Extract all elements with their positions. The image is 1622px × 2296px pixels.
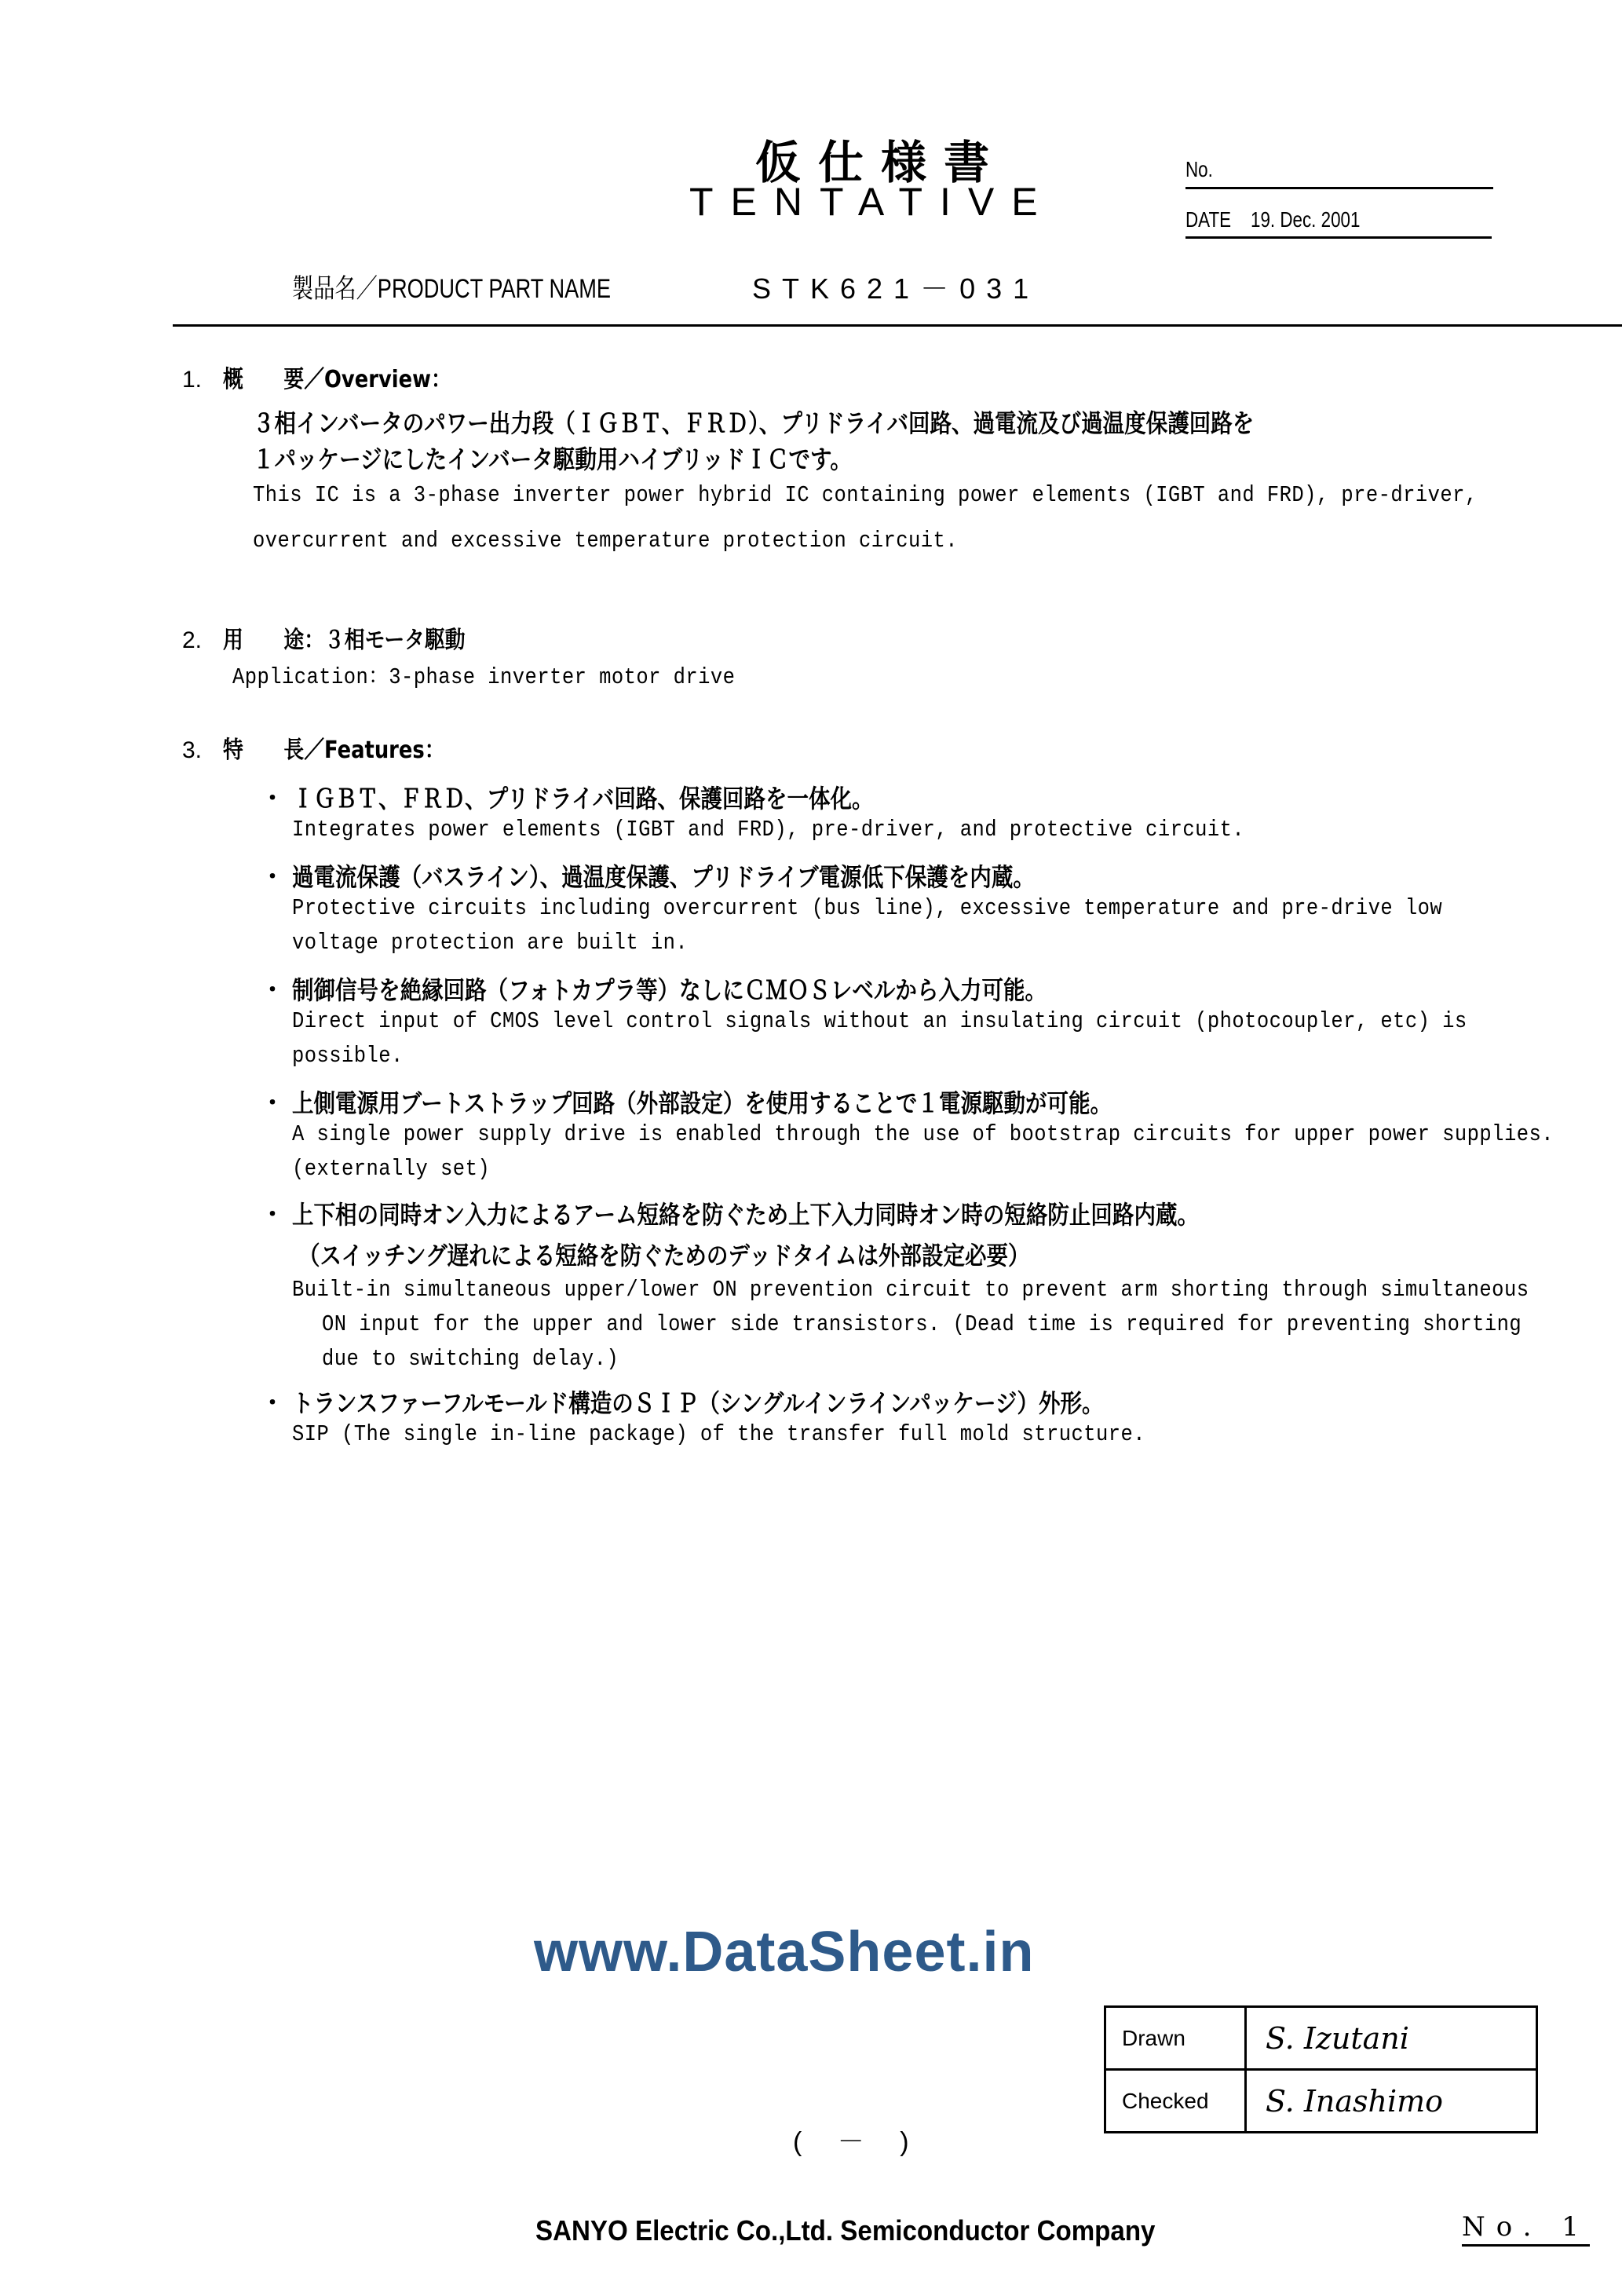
- signoff-table: Drawn S. Izutani Checked S. Inashimo: [1104, 2005, 1538, 2133]
- header-divider: [173, 324, 1622, 327]
- feature-en: (externally set): [292, 1156, 490, 1182]
- feature-jp: 上下相の同時オン入力によるアーム短絡を防ぐため上下入力同時オン時の短絡防止回路内…: [292, 1195, 1199, 1231]
- overview-jp-line: １パッケージにしたインバータ駆動用ハイブリッドＩＣです。: [253, 440, 852, 476]
- feature-jp: ＩＧＢＴ、ＦＲＤ、プリドライバ回路、保護回路を一体化。: [292, 779, 874, 815]
- feature-en: SIP (The single in-line package) of the …: [292, 1421, 1145, 1447]
- overview-jp-line: ３相インバータのパワー出力段（ＩＧＢＴ、ＦＲＤ）、プリドライバ回路、過電流及び過…: [253, 404, 1254, 440]
- feature-jp: 制御信号を絶縁回路（フォトカプラ等）なしにＣＭＯＳレベルから入力可能。: [292, 971, 1047, 1007]
- drawn-label: Drawn: [1105, 2007, 1246, 2070]
- signoff-row-checked: Checked S. Inashimo: [1105, 2070, 1537, 2133]
- section-overview-heading: 1.概 要／Overview：: [182, 360, 488, 394]
- section-features-heading: 3.特 長／Features：: [182, 730, 481, 765]
- feature-en: ON input for the upper and lower side tr…: [322, 1311, 1522, 1337]
- section-number: 2.: [182, 627, 223, 654]
- section-title: 特 長／Features：: [223, 730, 445, 765]
- bullet-icon: ・: [261, 1195, 284, 1230]
- section-application-heading: 2.用 途：３相モータ駆動: [182, 620, 505, 655]
- date-field: DATE 19. Dec. 2001: [1185, 207, 1360, 232]
- document-number-underline: [1185, 187, 1493, 189]
- bullet-icon: ・: [261, 1084, 284, 1118]
- bullet-icon: ・: [261, 779, 284, 813]
- feature-en: A single power supply drive is enabled t…: [292, 1121, 1554, 1147]
- checked-label: Checked: [1105, 2070, 1246, 2133]
- overview-en-line: This IC is a 3-phase inverter power hybr…: [253, 482, 1478, 508]
- feature-en: Integrates power elements (IGBT and FRD)…: [292, 817, 1244, 843]
- section-number: 1.: [182, 367, 223, 393]
- feature-jp: 上側電源用ブートストラップ回路（外部設定）を使用することで１電源駆動が可能。: [292, 1084, 1112, 1120]
- section-title: 概 要／Overview：: [223, 360, 451, 394]
- feature-en: possible.: [292, 1043, 404, 1069]
- bullet-icon: ・: [261, 1384, 284, 1418]
- signoff-row-drawn: Drawn S. Izutani: [1105, 2007, 1537, 2070]
- feature-jp: トランスファーフルモールド構造のＳＩＰ（シングルインラインパッケージ）外形。: [292, 1384, 1104, 1420]
- bullet-icon: ・: [261, 857, 284, 892]
- checked-signature: S. Inashimo: [1246, 2070, 1537, 2133]
- product-part-name-label: 製品名／PRODUCT PART NAME: [292, 267, 611, 305]
- bullet-icon: ・: [261, 971, 284, 1005]
- application-en: Application：3-phase inverter motor drive: [232, 658, 735, 690]
- product-part-name-value: STK621－031: [752, 267, 1039, 307]
- watermark-link[interactable]: www.DataSheet.in: [534, 1920, 1034, 1984]
- feature-en: voltage protection are built in.: [292, 930, 688, 956]
- section-number: 3.: [182, 737, 223, 764]
- feature-en: Protective circuits including overcurren…: [292, 895, 1442, 921]
- section-title: 用 途：３相モータ駆動: [223, 620, 466, 655]
- document-number-label: No.: [1185, 157, 1213, 182]
- company-name: SANYO Electric Co.,Ltd. Semiconductor Co…: [535, 2214, 1155, 2247]
- feature-en: Direct input of CMOS level control signa…: [292, 1008, 1467, 1034]
- feature-en: due to switching delay.): [322, 1346, 619, 1372]
- drawn-signature: S. Izutani: [1246, 2007, 1537, 2070]
- overview-en-line: overcurrent and excessive temperature pr…: [253, 528, 958, 554]
- date-label: DATE: [1185, 207, 1231, 232]
- feature-jp: （スイッチング遅れによる短絡を防ぐためのデッドタイムは外部設定必要）: [298, 1236, 1030, 1272]
- feature-jp: 過電流保護（バスライン）、過温度保護、プリドライブ電源低下保護を内蔵。: [292, 857, 1035, 894]
- feature-en: Built-in simultaneous upper/lower ON pre…: [292, 1277, 1529, 1303]
- document-title-en: TENTATIVE: [689, 179, 1055, 225]
- date-underline: [1185, 236, 1492, 239]
- page-reference: ( － ): [793, 2120, 923, 2159]
- page-number: No. 1: [1462, 2211, 1590, 2247]
- date-value: 19. Dec. 2001: [1251, 207, 1360, 232]
